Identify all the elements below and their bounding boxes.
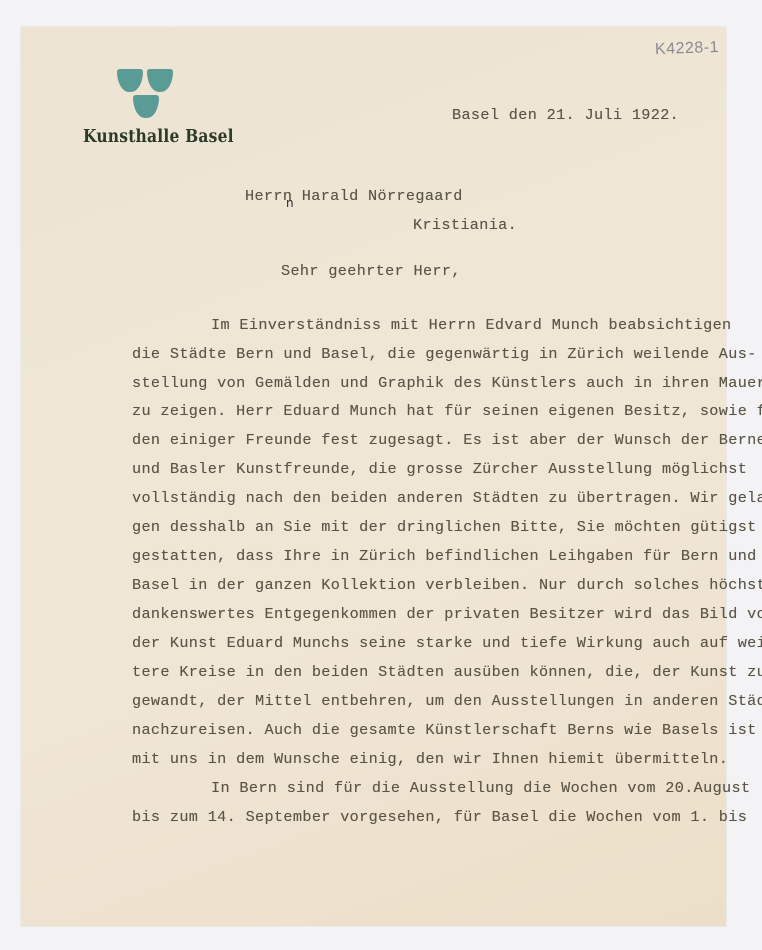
body-line: gewandt, der Mittel entbehren, um den Au… (132, 692, 762, 710)
recipient-city: Kristiania. (413, 216, 517, 234)
body-line: nachzureisen. Auch die gesamte Künstlers… (132, 721, 757, 739)
scanned-letter: K4228-1 Kunsthalle Basel Basel den 21. J… (0, 0, 762, 950)
organization-name: Kunsthalle Basel (83, 125, 234, 147)
body-line: dankenswertes Entgegenkommen der private… (132, 605, 762, 623)
body-line: vollständig nach den beiden anderen Städ… (132, 489, 762, 507)
body-line: und Basler Kunstfreunde, die grosse Zürc… (132, 460, 747, 478)
letterhead-logo: Kunsthalle Basel (80, 66, 220, 122)
body-line: mit uns in dem Wunsche einig, den wir Ih… (132, 750, 728, 768)
body-line: bis zum 14. September vorgesehen, für Ba… (132, 808, 747, 826)
body-line: die Städte Bern und Basel, die gegenwärt… (132, 345, 757, 363)
recipient-name: Herrn Harald Nörregaard (245, 187, 463, 205)
body-line: gestatten, dass Ihre in Zürich befindlic… (132, 547, 757, 565)
body-line: den einiger Freunde fest zugesagt. Es is… (132, 431, 762, 449)
body-line: stellung von Gemälden und Graphik des Kü… (132, 374, 762, 392)
date-line: Basel den 21. Juli 1922. (452, 106, 679, 124)
shield-icon (147, 69, 173, 92)
body-line: In Bern sind für die Ausstellung die Woc… (211, 779, 750, 797)
body-line: zu zeigen. Herr Eduard Munch hat für sei… (132, 402, 762, 420)
archive-number: K4228-1 (655, 39, 720, 59)
body-line: tere Kreise in den beiden Städten ausübe… (132, 663, 762, 681)
handwritten-correction-n: n (286, 196, 294, 210)
body-line: Im Einverständniss mit Herrn Edvard Munc… (211, 316, 732, 334)
body-line: Basel in der ganzen Kollektion verbleibe… (132, 576, 762, 594)
body-line: gen desshalb an Sie mit der dringlichen … (132, 518, 757, 536)
salutation: Sehr geehrter Herr, (281, 262, 461, 280)
shield-icon (117, 69, 143, 92)
body-line: der Kunst Eduard Munchs seine starke und… (132, 634, 762, 652)
three-shields-icon (80, 66, 220, 122)
shield-icon (133, 95, 159, 118)
